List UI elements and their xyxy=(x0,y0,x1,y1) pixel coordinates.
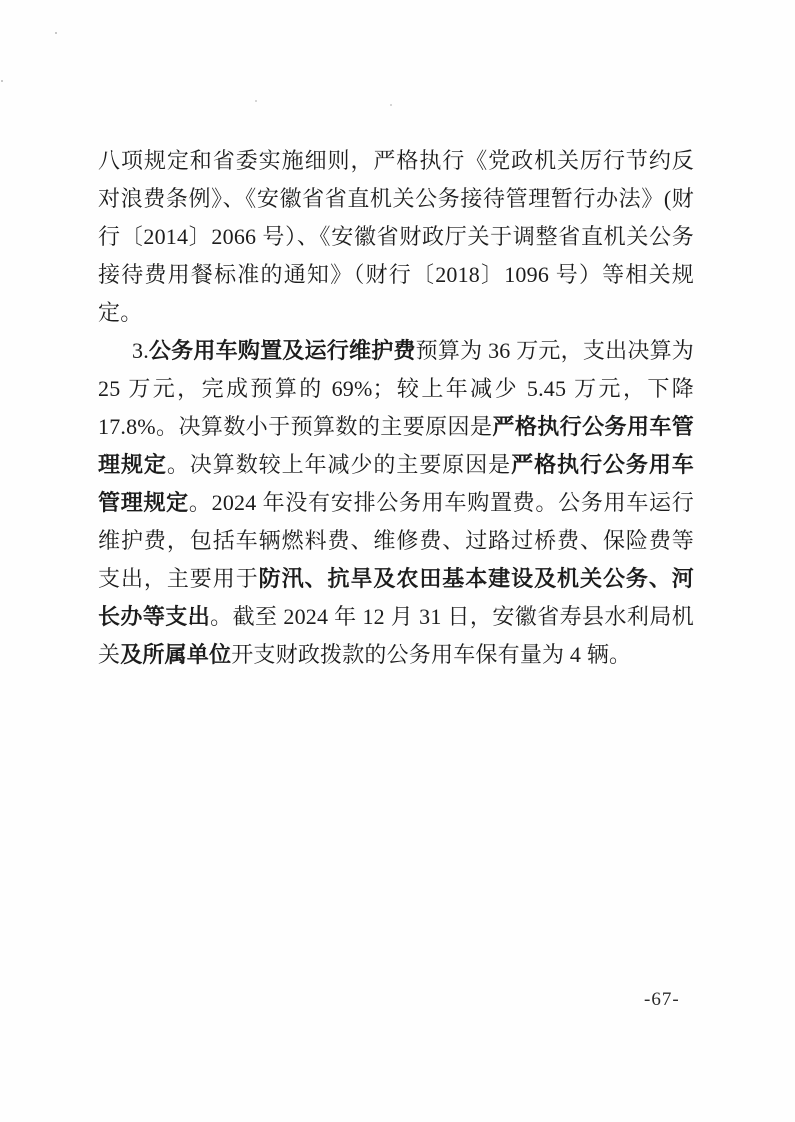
document-page: 八项规定和省委实施细则，严格执行《党政机关厉行节约反对浪费条例》、《安徽省省直机… xyxy=(0,0,795,1122)
emphasis-text: 及所属单位 xyxy=(120,642,231,667)
scan-speckle xyxy=(55,32,57,34)
body-text: 。决算数较上年减少的主要原因是 xyxy=(167,452,511,477)
scan-speckle xyxy=(255,100,257,102)
scan-speckle xyxy=(390,104,392,106)
document-paragraphs: 八项规定和省委实施细则，严格执行《党政机关厉行节约反对浪费条例》、《安徽省省直机… xyxy=(98,142,694,674)
emphasis-text: 公务用车购置及运行维护费 xyxy=(149,338,416,363)
scan-speckle xyxy=(565,528,567,530)
body-text: 八项规定和省委实施细则，严格执行《党政机关厉行节约反对浪费条例》、《安徽省省直机… xyxy=(98,148,694,325)
body-text: 开支财政拨款的公务用车保有量为 4 辆。 xyxy=(231,642,631,667)
paragraph: 3.公务用车购置及运行维护费预算为 36 万元，支出决算为 25 万元，完成预算… xyxy=(98,332,694,674)
page-number: -67- xyxy=(644,988,694,1012)
scan-speckle xyxy=(1,80,3,82)
body-text: 3. xyxy=(132,338,149,363)
document-body: 八项规定和省委实施细则，严格执行《党政机关厉行节约反对浪费条例》、《安徽省省直机… xyxy=(98,142,694,674)
paragraph: 八项规定和省委实施细则，严格执行《党政机关厉行节约反对浪费条例》、《安徽省省直机… xyxy=(98,142,694,332)
scan-speckle xyxy=(333,650,335,652)
